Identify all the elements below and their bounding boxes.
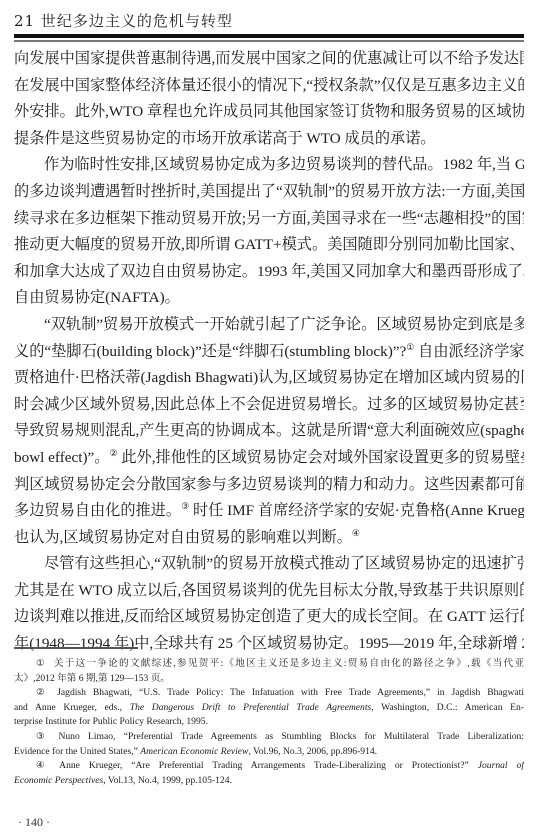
body-line-text: “双轨制”贸易开放模式一开始就引起了广泛争论。区域贸易协定到底是多边主 bbox=[44, 316, 524, 333]
footnote: ③Nuno Limao, “Preferential Trade Agreeme… bbox=[14, 730, 524, 759]
body-line-text: 此外,排他性的区域贸易协定会对域外国家设置更多的贸易壁垒,谈 bbox=[118, 449, 524, 466]
body-line: 的多边谈判遭遇暂时挫折时,美国提出了“双轨制”的贸易开放方法:一方面,美国继 bbox=[14, 179, 524, 206]
footnote-text: Jagdish Bhagwati, “U.S. Trade Policy: Th… bbox=[57, 687, 524, 698]
footnote-marker: ① bbox=[36, 658, 46, 669]
footnote-text: 太》,2012 年第 6 期,第 129—153 页。 bbox=[14, 673, 170, 684]
footnote-marker: ② bbox=[36, 687, 49, 698]
body-line: 尤其是在 WTO 成立以后,各国贸易谈判的优先目标太分散,导致基于共识原则的多 bbox=[14, 578, 524, 605]
body-line: 续寻求在多边框架下推动贸易开放;另一方面,美国寻求在一些“志趣相投”的国家中 bbox=[14, 206, 524, 233]
footnote-line: ②Jagdish Bhagwati, “U.S. Trade Policy: T… bbox=[14, 686, 524, 701]
body-line-text: 贾格迪什·巴格沃蒂(Jagdish Bhagwati)认为,区域贸易协定在增加区… bbox=[14, 369, 524, 386]
footnote-reference[interactable]: ② bbox=[109, 448, 117, 458]
body-line: 尽管有这些担心,“双轨制”的贸易开放模式推动了区域贸易协定的迅速扩张。 bbox=[14, 551, 524, 578]
footnote-text: , Washington, D.C.: American En- bbox=[371, 702, 524, 713]
body-line: 也认为,区域贸易协定对自由贸易的影响难以判断。④ bbox=[14, 525, 524, 552]
footnote-text: , Vol.13, No.4, 1999, pp.105-124. bbox=[103, 775, 232, 786]
body-line-text: 尤其是在 WTO 成立以后,各国贸易谈判的优先目标太分散,导致基于共识原则的多 bbox=[14, 582, 524, 599]
body-line-text: 外安排。此外,WTO 章程也允许成员同其他国家签订货物和服务贸易的区域协定,前 bbox=[14, 103, 524, 120]
body-line-text: 边谈判难以推进,反而给区域贸易协定创造了更大的成长空间。在 GATT 运行的 4… bbox=[14, 608, 524, 625]
body-line: 义的“垫脚石(building block)”还是“绊脚石(stumbling … bbox=[14, 339, 524, 366]
footnotes: ①关于这一争论的文献综述,参见贺平:《地区主义还是多边主义:贸易自由化的路径之争… bbox=[14, 657, 524, 788]
footnote: ①关于这一争论的文献综述,参见贺平:《地区主义还是多边主义:贸易自由化的路径之争… bbox=[14, 657, 524, 686]
footnote: ②Jagdish Bhagwati, “U.S. Trade Policy: T… bbox=[14, 686, 524, 730]
body-line: 自由贸易协定(NAFTA)。 bbox=[14, 285, 524, 312]
body-line-text: 的多边谈判遭遇暂时挫折时,美国提出了“双轨制”的贸易开放方法:一方面,美国继 bbox=[14, 183, 524, 200]
body-line: 作为临时性安排,区域贸易协定成为多边贸易谈判的替代品。1982 年,当 GATT bbox=[14, 152, 524, 179]
body-line: 在发展中国家整体经济体量还很小的情况下,“授权条款”仅仅是互惠多边主义的例 bbox=[14, 73, 524, 100]
body-line-text: 多边贸易自由化的推进。 bbox=[14, 502, 181, 519]
body-line: 和加拿大达成了双边自由贸易协定。1993 年,美国又同加拿大和墨西哥形成了北美 bbox=[14, 259, 524, 286]
body-line-text: 年(1948—1994 年)中,全球共有 25 个区域贸易协定。1995—201… bbox=[14, 635, 524, 652]
citation-title: American Economic Review bbox=[140, 746, 248, 757]
body-line-text: 续寻求在多边框架下推动贸易开放;另一方面,美国寻求在一些“志趣相投”的国家中 bbox=[14, 210, 524, 227]
body-line: bowl effect)”。② 此外,排他性的区域贸易协定会对域外国家设置更多的… bbox=[14, 445, 524, 472]
body-line: 多边贸易自由化的推进。③ 时任 IMF 首席经济学家的安妮·克鲁格(Anne K… bbox=[14, 498, 524, 525]
header-rule-thick bbox=[14, 34, 524, 38]
body-line: 判区域贸易协定会分散国家参与多边贸易谈判的精力和动力。这些因素都可能限制 bbox=[14, 472, 524, 499]
body-line-text: 时任 IMF 首席经济学家的安妮·克鲁格(Anne Krueger) bbox=[189, 502, 524, 519]
footnote-line: ④Anne Krueger, “Are Preferential Trading… bbox=[14, 759, 524, 774]
footnote-marker: ③ bbox=[36, 731, 50, 742]
body-line-text: 自由派经济学家 bbox=[414, 343, 524, 360]
citation-title: The Dangerous Drift to Preferential Trad… bbox=[130, 702, 372, 713]
body-text: 向发展中国家提供普惠制待遇,而发展中国家之间的优惠减让可以不给予发达国家。在发展… bbox=[14, 46, 524, 658]
footnote: ④Anne Krueger, “Are Preferential Trading… bbox=[14, 759, 524, 788]
body-line: 时会减少区域外贸易,因此总体上不会促进贸易增长。过多的区域贸易协定甚至可能 bbox=[14, 392, 524, 419]
footnote-text: Evidence for the United States,” bbox=[14, 746, 140, 757]
body-line: 年(1948—1994 年)中,全球共有 25 个区域贸易协定。1995—201… bbox=[14, 631, 524, 658]
footnote-line: Evidence for the United States,” America… bbox=[14, 745, 524, 760]
footnote-text: terprise Institute for Public Policy Res… bbox=[14, 716, 208, 727]
footnote-line: and Anne Krueger, eds., The Dangerous Dr… bbox=[14, 701, 524, 716]
body-line-text: bowl effect)”。 bbox=[14, 449, 109, 466]
body-line: “双轨制”贸易开放模式一开始就引起了广泛争论。区域贸易协定到底是多边主 bbox=[14, 312, 524, 339]
footnote-text: Nuno Limao, “Preferential Trade Agreemen… bbox=[58, 731, 524, 742]
body-line-text: 自由贸易协定(NAFTA)。 bbox=[14, 289, 180, 306]
citation-title: Economic Perspectives bbox=[14, 775, 103, 786]
footnote-line: ①关于这一争论的文献综述,参见贺平:《地区主义还是多边主义:贸易自由化的路径之争… bbox=[14, 657, 524, 672]
body-line-text: 尽管有这些担心,“双轨制”的贸易开放模式推动了区域贸易协定的迅速扩张。 bbox=[44, 555, 524, 572]
body-line: 导致贸易规则混乱,产生更高的协调成本。这就是所谓“意大利面碗效应(spaghet… bbox=[14, 418, 524, 445]
body-line-text: 时会减少区域外贸易,因此总体上不会促进贸易增长。过多的区域贸易协定甚至可能 bbox=[14, 396, 524, 413]
footnote-line: ③Nuno Limao, “Preferential Trade Agreeme… bbox=[14, 730, 524, 745]
page-number: · 140 · bbox=[18, 815, 50, 830]
footnote-line: Economic Perspectives, Vol.13, No.4, 199… bbox=[14, 774, 524, 789]
running-title: 21 世纪多边主义的危机与转型 bbox=[14, 10, 233, 31]
citation-title: Journal of bbox=[478, 760, 524, 771]
footnote-reference[interactable]: ③ bbox=[181, 501, 189, 511]
footnote-text: Anne Krueger, “Are Preferential Trading … bbox=[59, 760, 478, 771]
body-line-text: 提条件是这些贸易协定的市场开放承诺高于 WTO 成员的承诺。 bbox=[14, 130, 436, 147]
body-line-text: 也认为,区域贸易协定对自由贸易的影响难以判断。 bbox=[14, 529, 352, 546]
header-rule-thin bbox=[14, 40, 524, 42]
body-line-text: 在发展中国家整体经济体量还很小的情况下,“授权条款”仅仅是互惠多边主义的例 bbox=[14, 77, 524, 94]
body-line-text: 义的“垫脚石(building block)”还是“绊脚石(stumbling … bbox=[14, 343, 406, 360]
body-line: 向发展中国家提供普惠制待遇,而发展中国家之间的优惠减让可以不给予发达国家。 bbox=[14, 46, 524, 73]
body-line: 贾格迪什·巴格沃蒂(Jagdish Bhagwati)认为,区域贸易协定在增加区… bbox=[14, 365, 524, 392]
footnote-reference[interactable]: ④ bbox=[352, 528, 360, 538]
footnote-text: , Vol.96, No.3, 2006, pp.896-914. bbox=[248, 746, 377, 757]
body-line: 推动更大幅度的贸易开放,即所谓 GATT+模式。美国随即分别同加勒比国家、以色列 bbox=[14, 232, 524, 259]
body-line-text: 和加拿大达成了双边自由贸易协定。1993 年,美国又同加拿大和墨西哥形成了北美 bbox=[14, 263, 524, 280]
body-line-text: 判区域贸易协定会分散国家参与多边贸易谈判的精力和动力。这些因素都可能限制 bbox=[14, 476, 524, 493]
body-line-text: 向发展中国家提供普惠制待遇,而发展中国家之间的优惠减让可以不给予发达国家。 bbox=[14, 50, 524, 67]
footnote-separator bbox=[14, 647, 138, 649]
body-line: 提条件是这些贸易协定的市场开放承诺高于 WTO 成员的承诺。 bbox=[14, 126, 524, 153]
footnote-marker: ④ bbox=[36, 760, 51, 771]
body-line: 外安排。此外,WTO 章程也允许成员同其他国家签订货物和服务贸易的区域协定,前 bbox=[14, 99, 524, 126]
footnote-text: 关于这一争论的文献综述,参见贺平:《地区主义还是多边主义:贸易自由化的路径之争》… bbox=[54, 658, 524, 669]
body-line-text: 推动更大幅度的贸易开放,即所谓 GATT+模式。美国随即分别同加勒比国家、以色列 bbox=[14, 236, 524, 253]
footnote-line: 太》,2012 年第 6 期,第 129—153 页。 bbox=[14, 672, 524, 687]
body-line: 边谈判难以推进,反而给区域贸易协定创造了更大的成长空间。在 GATT 运行的 4… bbox=[14, 604, 524, 631]
footnote-text: and Anne Krueger, eds., bbox=[14, 702, 130, 713]
footnote-line: terprise Institute for Public Policy Res… bbox=[14, 715, 524, 730]
body-line-text: 导致贸易规则混乱,产生更高的协调成本。这就是所谓“意大利面碗效应(spaghet… bbox=[14, 422, 524, 439]
body-line-text: 作为临时性安排,区域贸易协定成为多边贸易谈判的替代品。1982 年,当 GATT bbox=[44, 156, 524, 173]
